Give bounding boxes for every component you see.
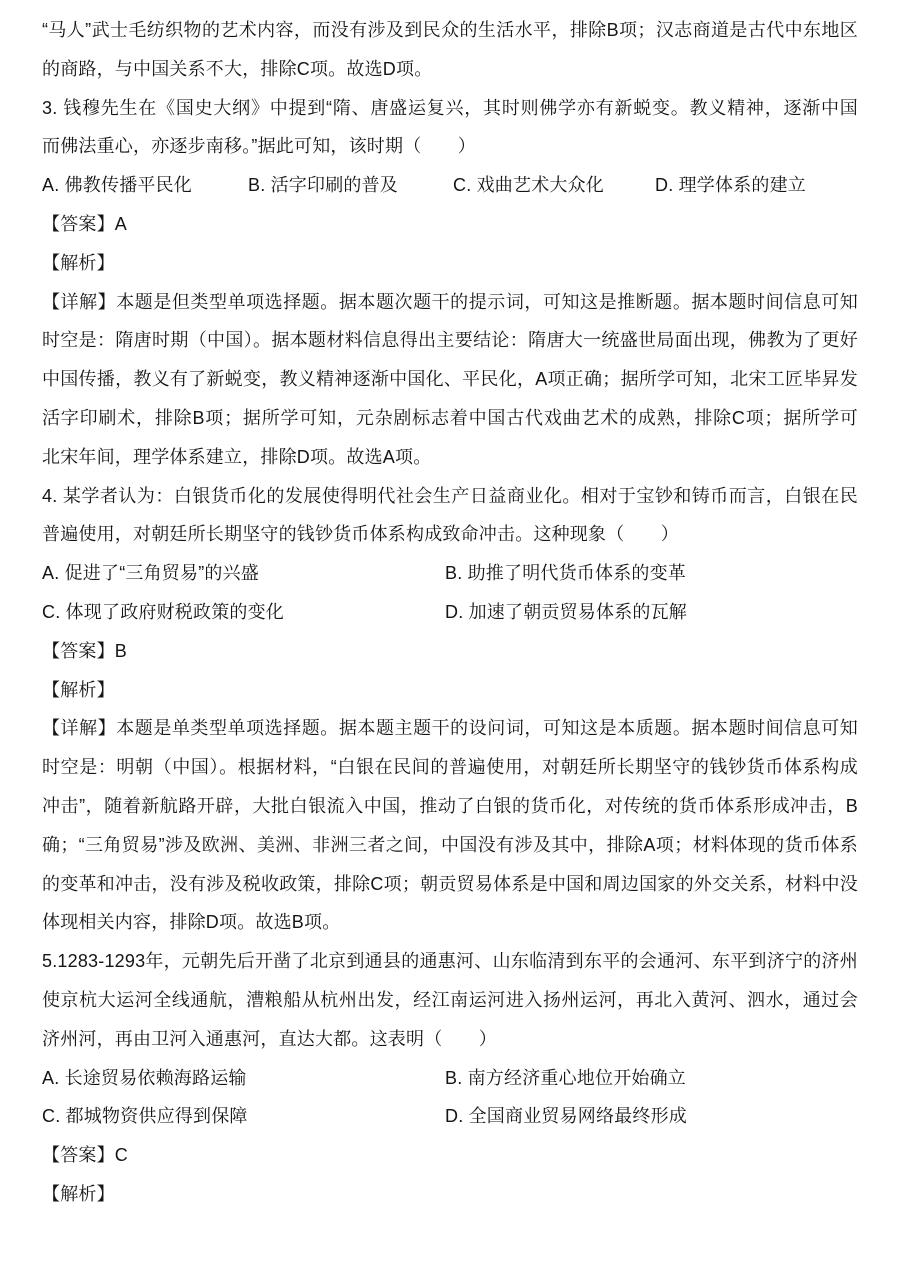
question-4-option-d: D. 加速了朝贡贸易体系的瓦解 (445, 593, 858, 632)
question-4-option-c: C. 体现了政府财税政策的变化 (42, 593, 445, 632)
question-3-stem-line: 3. 钱穆先生在《国史大纲》中提到“隋、唐盛运复兴，其时则佛学亦有新蜕变。教义精… (42, 89, 858, 128)
question-4-option-a: A. 促进了“三角贸易”的兴盛 (42, 554, 445, 593)
question-3-option-c: C. 戏曲艺术大众化 (453, 166, 655, 205)
question-5-options-row-cd: C. 都城物资供应得到保障 D. 全国商业贸易网络最终形成 (42, 1097, 858, 1136)
question-4-options-row-cd: C. 体现了政府财税政策的变化 D. 加速了朝贡贸易体系的瓦解 (42, 593, 858, 632)
question-5-option-c: C. 都城物资供应得到保障 (42, 1097, 445, 1136)
question-5-stem-end-line: 济州河，再由卫河入通惠河，直达大都。这表明（ ） (42, 1020, 858, 1059)
question-4-detail-line-5: 的变革和冲击，没有涉及税收政策，排除C项；朝贡贸易体系是中国和周边国家的外交关系… (42, 865, 858, 904)
question-3-stem-end-line: 而佛法重心，亦逐步南移。”据此可知，该时期（ ） (42, 127, 858, 166)
question-4-analysis-label: 【解析】 (42, 671, 858, 710)
question-3-detail-line-3: 中国传播，教义有了新蜕变，教义精神逐渐中国化、平民化，A项正确；据所学可知，北宋… (42, 360, 858, 399)
question-4-detail-line-2: 时空是：明朝（中国）。根据材料，“白银在民间的普遍使用，对朝廷所长期坚守的钱钞货… (42, 748, 858, 787)
question-3-option-a: A. 佛教传播平民化 (42, 166, 248, 205)
q2-explanation-continuation-line: “马人”武士毛纺织物的艺术内容，而没有涉及到民众的生活水平，排除B项；汉志商道是… (42, 11, 858, 50)
question-4-detail-end-line: 体现相关内容，排除D项。故选B项。 (42, 903, 858, 942)
question-3-options-row: A. 佛教传播平民化 B. 活字印刷的普及 C. 戏曲艺术大众化 D. 理学体系… (42, 166, 858, 205)
question-5-stem-line-1: 5.1283-1293年，元朝先后开凿了北京到通县的通惠河、山东临清到东平的会通… (42, 942, 858, 981)
question-5-stem-line-2: 使京杭大运河全线通航，漕粮船从杭州出发，经江南运河进入扬州运河，再北入黄河、泗水… (42, 981, 858, 1020)
q2-explanation-end-line: 的商路，与中国关系不大，排除C项。故选D项。 (42, 50, 858, 89)
question-5-option-b: B. 南方经济重心地位开始确立 (445, 1059, 858, 1098)
question-5-options-row-ab: A. 长途贸易依赖海路运输 B. 南方经济重心地位开始确立 (42, 1059, 858, 1098)
question-3-detail-line-4: 活字印刷术，排除B项；据所学可知，元杂剧标志着中国古代戏曲艺术的成熟，排除C项；… (42, 399, 858, 438)
question-4-detail-line-1: 【详解】本题是单类型单项选择题。据本题主题干的设问词，可知这是本质题。据本题时间… (42, 709, 858, 748)
question-5-analysis-label: 【解析】 (42, 1175, 858, 1214)
question-3-detail-line-1: 【详解】本题是但类型单项选择题。据本题次题干的提示词，可知这是推断题。据本题时间… (42, 283, 858, 322)
question-4-option-b: B. 助推了明代货币体系的变革 (445, 554, 858, 593)
question-4-answer-line: 【答案】B (42, 632, 858, 671)
question-4-detail-line-4: 确；“三角贸易”涉及欧洲、美洲、非洲三者之间，中国没有涉及其中，排除A项；材料体… (42, 826, 858, 865)
question-4-stem-end-line: 普遍使用，对朝廷所长期坚守的钱钞货币体系构成致命冲击。这种现象（ ） (42, 515, 858, 554)
question-3-analysis-label: 【解析】 (42, 244, 858, 283)
question-3-detail-line-2: 时空是：隋唐时期（中国）。据本题材料信息得出主要结论：隋唐大一统盛世局面出现，佛… (42, 321, 858, 360)
question-5-option-d: D. 全国商业贸易网络最终形成 (445, 1097, 858, 1136)
question-4-options-row-ab: A. 促进了“三角贸易”的兴盛 B. 助推了明代货币体系的变革 (42, 554, 858, 593)
question-5-option-a: A. 长途贸易依赖海路运输 (42, 1059, 445, 1098)
question-4-stem-line: 4. 某学者认为：白银货币化的发展使得明代社会生产日益商业化。相对于宝钞和铸币而… (42, 477, 858, 516)
question-3-option-b: B. 活字印刷的普及 (248, 166, 453, 205)
question-5-answer-line: 【答案】C (42, 1136, 858, 1175)
exam-document-page: “马人”武士毛纺织物的艺术内容，而没有涉及到民众的生活水平，排除B项；汉志商道是… (0, 0, 900, 1275)
question-4-detail-line-3: 冲击”，随着新航路开辟，大批白银流入中国，推动了白银的货币化，对传统的货币体系形… (42, 787, 858, 826)
question-3-detail-end-line: 北宋年间，理学体系建立，排除D项。故选A项。 (42, 438, 858, 477)
question-3-answer-line: 【答案】A (42, 205, 858, 244)
question-3-option-d: D. 理学体系的建立 (655, 166, 858, 205)
